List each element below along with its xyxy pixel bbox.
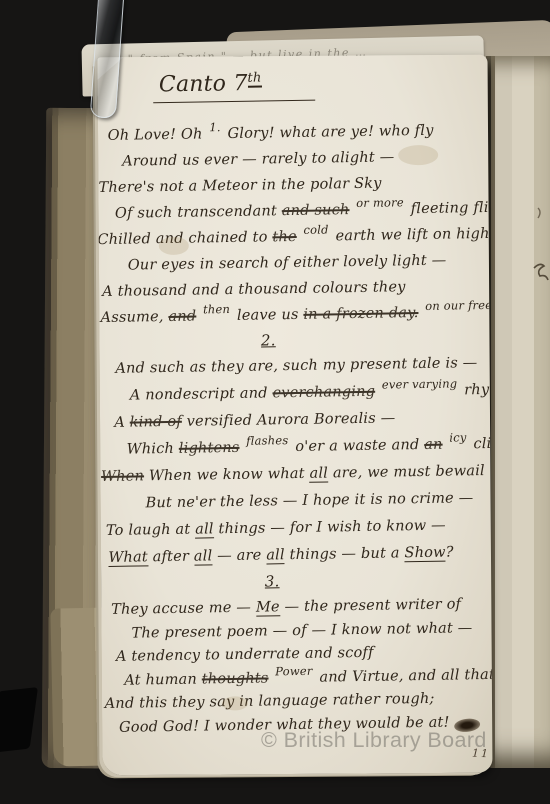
underlined-word: all: [266, 548, 285, 565]
manuscript-photo-scene: " from Spain " — but live in the … Canto…: [0, 0, 550, 804]
line-text: Our eyes in search of either lovely ligh…: [128, 253, 447, 274]
line-text: They accuse me —: [111, 600, 256, 618]
inserted-word: on our freezing way.: [425, 297, 492, 313]
line-text: At human: [124, 671, 202, 688]
line-text: rhyme —: [459, 382, 492, 399]
line-text: after: [148, 549, 194, 566]
inserted-word: ever varying: [382, 377, 458, 392]
deleted-word: an: [424, 437, 443, 453]
inserted-word: then: [203, 302, 230, 316]
underlined-word: What: [108, 550, 148, 568]
deleted-word: lightens: [179, 440, 240, 457]
line-text: [196, 309, 201, 325]
underlined-word: all: [195, 522, 214, 539]
deleted-word: everchanging: [272, 384, 375, 402]
line-text: [297, 229, 302, 245]
line-text: Assume,: [100, 309, 168, 326]
line-text: To laugh at: [106, 522, 195, 539]
line-text: [268, 670, 273, 686]
line-text: clime,: [469, 436, 493, 453]
deleted-word: thoughts: [202, 670, 269, 687]
foxing-stain: [159, 237, 189, 255]
line-text: versified Aurora Borealis —: [182, 411, 396, 430]
folio-mark: 11: [472, 747, 490, 761]
deleted-word: kind of: [130, 414, 182, 431]
line-text: Which: [127, 441, 179, 458]
line-text: The present poem — of — I know not what …: [131, 620, 472, 641]
manuscript-page: Canto 7th Oh Love! Oh 1. Glory! what are…: [97, 55, 492, 776]
foxing-stain: [222, 696, 248, 710]
line-text: A: [114, 415, 130, 431]
line-text: — are: [212, 548, 266, 565]
line-text: And such as they are, such my present ta…: [115, 355, 477, 377]
cradle-shadow: [0, 687, 38, 753]
inserted-word: cold: [303, 223, 328, 237]
line-text: [375, 384, 380, 400]
line-text: But ne'er the less — I hope it is no cri…: [145, 491, 473, 512]
line-text: things — but a: [285, 546, 405, 564]
canto-title: Canto 7th: [159, 67, 485, 97]
underlined-word: all: [194, 549, 213, 566]
inserted-word: or more: [356, 196, 404, 211]
line-text: When we know what: [144, 466, 310, 485]
line-text: A nondescript and: [130, 386, 273, 404]
line-text: earth we lift on high: [331, 226, 490, 244]
canto-title-ordinal: th: [247, 70, 261, 87]
line-text: o'er a waste and: [290, 437, 424, 455]
line-text: leave us: [232, 307, 303, 324]
line-text: Of such transcendant: [115, 204, 282, 223]
line-text: [442, 437, 447, 453]
line-text: Oh Love! Oh: [108, 127, 208, 145]
deleted-word: When: [101, 469, 144, 486]
underlined-word: all: [309, 466, 328, 483]
line-text: There's not a Meteor in the polar Sky: [98, 176, 381, 196]
line-text: A thousand and a thousand colours they: [102, 280, 406, 301]
line-text: And this they say in language rather rou…: [105, 691, 435, 712]
stanza: They accuse me — Me — the present writer…: [103, 594, 492, 741]
line-text: — the present writer of: [280, 597, 462, 616]
line-text: [349, 202, 354, 218]
british-library-watermark: © British Library Board: [261, 728, 487, 753]
line-text: ?: [446, 545, 454, 561]
facing-page-edge: [486, 56, 550, 768]
inserted-word: Power: [275, 664, 313, 679]
line-text: A tendency to underrate and scoff: [116, 645, 374, 665]
stanza: And such as they are, such my present ta…: [99, 353, 492, 575]
line-text: [418, 305, 423, 321]
underlined-word: Show: [404, 545, 445, 563]
line-text: things — for I wish to know —: [214, 518, 446, 538]
line-text: are, we must bewail us,: [328, 463, 493, 482]
deleted-word: and: [168, 309, 196, 325]
line-text: fleeting flight —: [406, 200, 493, 218]
facing-page-ink-marks: [530, 206, 550, 306]
inserted-word: icy: [449, 431, 466, 445]
deleted-word: in a frozen day.: [303, 305, 418, 323]
line-text: and Virtue, and all that;: [315, 667, 493, 686]
line-text: Glory! what are ye! who fly: [223, 123, 434, 142]
line-text: Around us ever — rarely to alight —: [122, 150, 394, 170]
inserted-word: flashes: [246, 433, 288, 448]
title-underline: [153, 100, 315, 104]
deleted-word: and such: [282, 202, 350, 219]
canto-title-text: Canto 7: [159, 71, 248, 97]
inserted-word: 1.: [209, 120, 221, 134]
deleted-word: the: [272, 229, 297, 245]
underlined-word: Me: [256, 600, 280, 617]
line-text: [239, 440, 244, 456]
